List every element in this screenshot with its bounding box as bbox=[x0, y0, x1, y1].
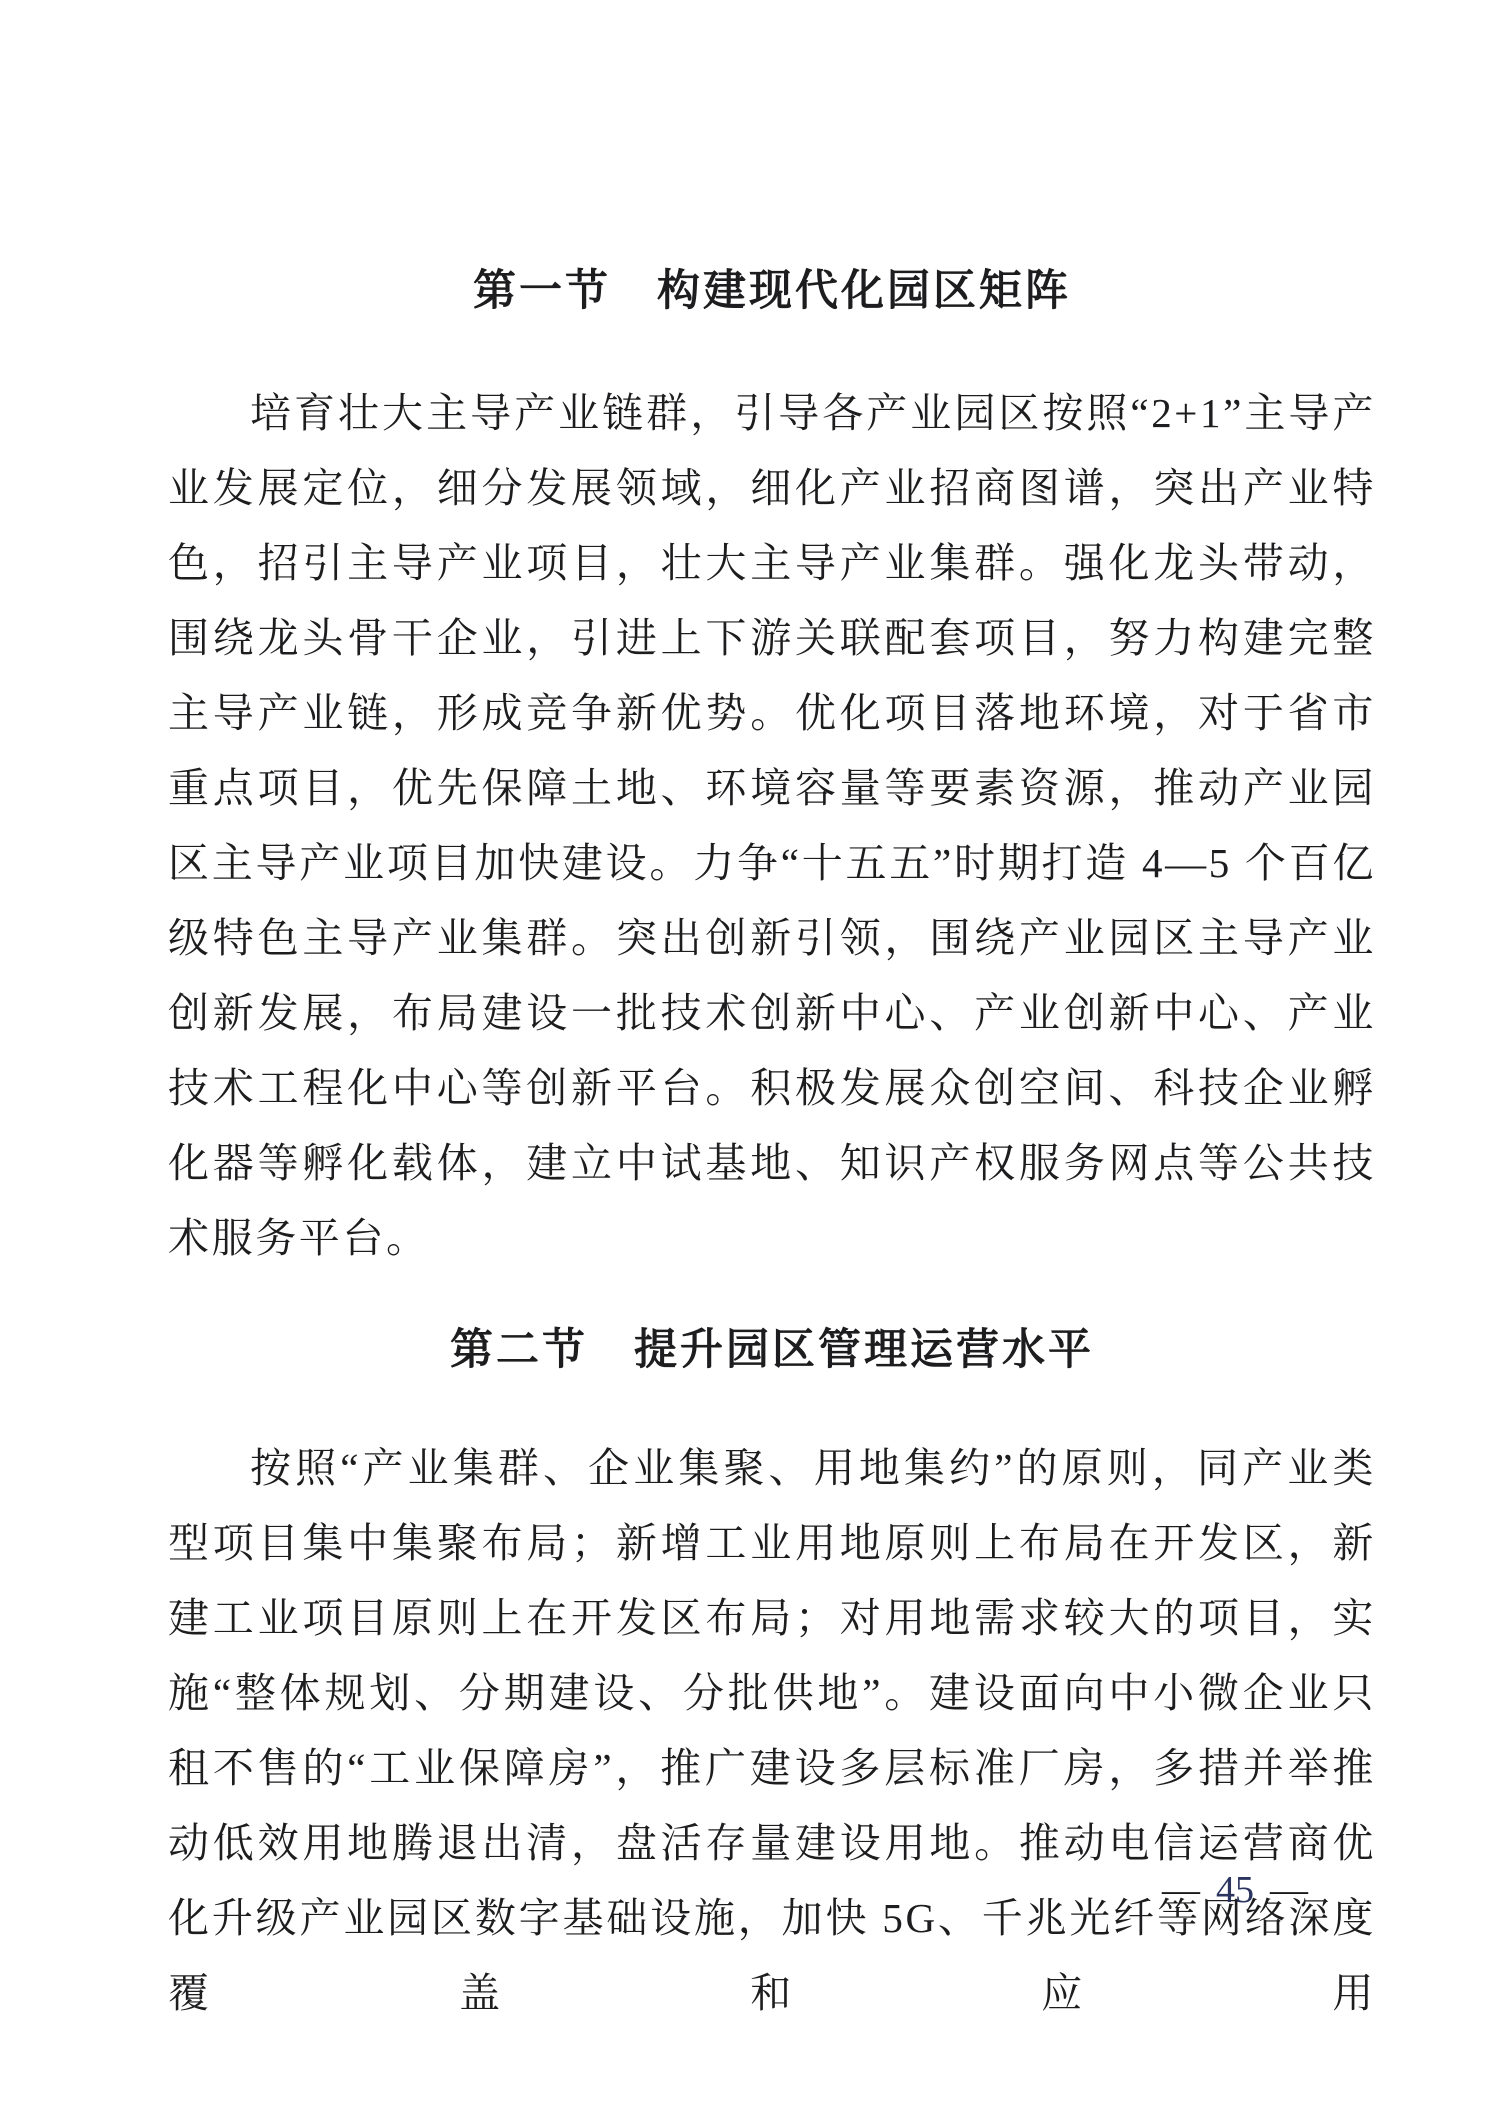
footer-right-dash: — bbox=[1258, 1869, 1320, 1911]
section-2-heading: 第二节 提升园区管理运营水平 bbox=[168, 1322, 1376, 1379]
document-page: 第一节 构建现代化园区矩阵 培育壮大主导产业链群，引导各产业园区按照“2+1”主… bbox=[0, 0, 1486, 2103]
page-number: 45 bbox=[1212, 1869, 1258, 1911]
page-content: 第一节 构建现代化园区矩阵 培育壮大主导产业链群，引导各产业园区按照“2+1”主… bbox=[168, 0, 1376, 2031]
section-1-heading: 第一节 构建现代化园区矩阵 bbox=[168, 263, 1376, 320]
footer-left-dash: — bbox=[1150, 1869, 1212, 1911]
section-1-paragraph: 培育壮大主导产业链群，引导各产业园区按照“2+1”主导产业发展定位，细分发展领域… bbox=[168, 376, 1376, 1276]
section-2-paragraph: 按照“产业集群、企业集聚、用地集约”的原则，同产业类型项目集中集聚布局；新增工业… bbox=[168, 1431, 1376, 2031]
page-footer: —45— bbox=[1150, 1866, 1320, 1914]
